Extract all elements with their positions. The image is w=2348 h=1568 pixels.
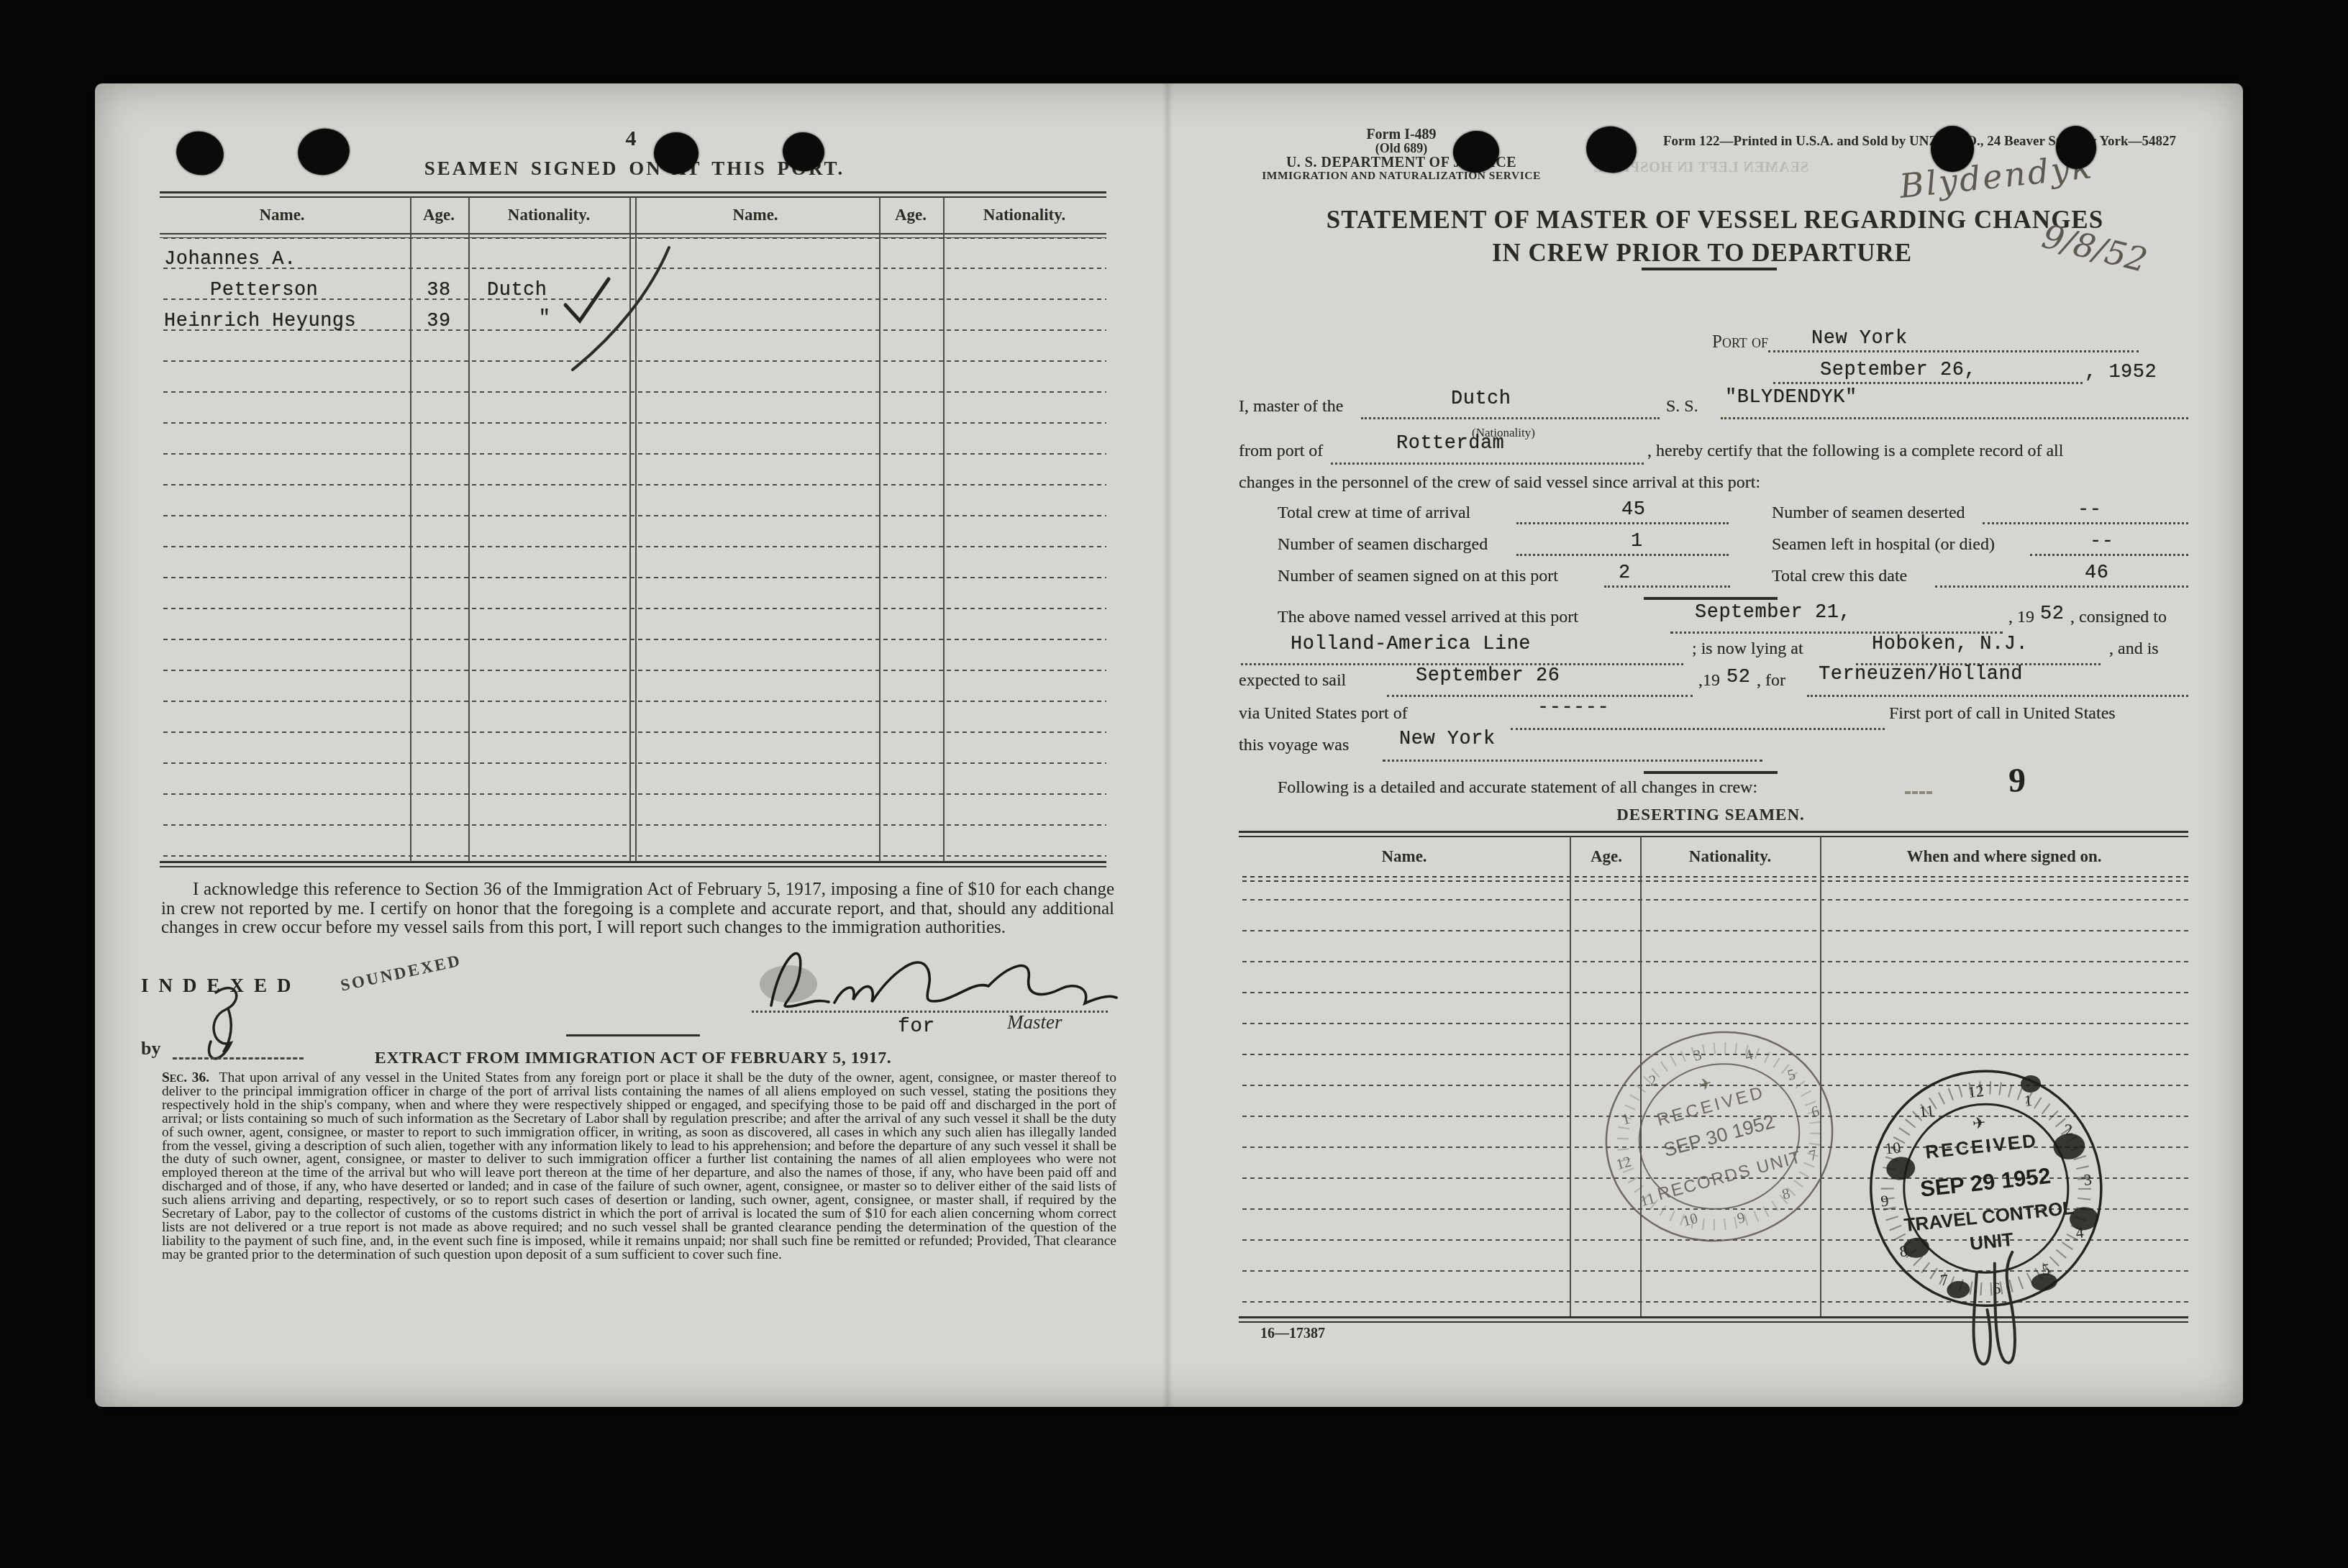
nationality-line [1361,417,1660,419]
for-label: for [898,1016,935,1038]
signature-stroke [771,954,1116,1007]
stat-total-date-label: Total crew this date [1772,567,1907,586]
ring-number: 2 [2064,1120,2074,1139]
pencil-dash-marks [1905,791,1932,794]
sail-destination: Terneuzen/Holland [1819,664,2023,685]
stat-signed-on-line [1604,585,1730,588]
port-of-line [1768,350,2139,352]
lying-label: ; is now lying at [1692,639,1803,659]
form-code: 16—17387 [1260,1326,1325,1342]
ring-number: 8 [1780,1185,1792,1203]
sail-date: September 26 [1416,665,1560,687]
arrived-prefix: The above named vessel arrived at this p… [1278,608,1578,627]
voyage-label: this voyage was [1239,736,1349,755]
left-table-col-line-3 [879,197,880,862]
stat-total-arrival-line [1516,522,1729,524]
ring-number: 3 [2083,1170,2093,1189]
stat-hospital-line [2030,554,2188,556]
page-fold [1162,83,1173,1407]
ring-number: 3 [1692,1046,1703,1065]
right-col-header-name: Name. [1381,847,1426,866]
section-36-text: That upon arrival of any vessel in the U… [162,1070,1116,1262]
stat-discharged-label: Number of seamen discharged [1278,535,1488,555]
ring-number: 7 [1939,1270,1949,1289]
following-text: Following is a detailed and accurate sta… [1278,778,1757,798]
sail-year-prefix: ,19 [1698,671,1720,690]
stat-signed-on-label: Number of seamen signed on at this port [1278,567,1558,586]
via-line [1511,728,1885,730]
handwritten-check-and-slash [554,237,683,374]
master-prefix: I, master of the [1239,397,1343,416]
vessel-value: "BLYDENDYK" [1725,387,1857,409]
via-value: ------ [1537,697,1609,719]
form-number-old: (Old 689) [1375,141,1428,156]
check-mark-icon [565,279,609,321]
sail-label: expected to sail [1239,671,1346,690]
certify-line2: changes in the personnel of the crew of … [1239,473,1760,493]
left-table-top-rule [160,191,1106,198]
statement-title-line2: IN CREW PRIOR TO DEPARTURE [1492,239,1912,268]
crew-row-nationality-ditto: " [539,308,551,329]
printer-note: Form 122—Printed in U.S.A. and Sold by U… [1663,134,2176,150]
left-col-header-age2: Age. [895,206,927,224]
vessel-line [1721,417,2188,419]
mid-divider-rule-1 [1644,597,1778,600]
handwritten-initials [183,971,270,1072]
punch-hole [1931,126,1974,172]
ring-number: 12 [1967,1082,1984,1101]
stat-signed-on-value: 2 [1619,562,1631,584]
lying-value: Hoboken, N.J. [1872,634,2028,655]
left-table-col-line-1 [410,197,411,862]
extract-title: EXTRACT FROM IMMIGRATION ACT OF FEBRUARY… [375,1049,892,1068]
left-page-title: SEAMEN SIGNED ON AT THIS PORT. [424,158,845,180]
right-col-header-age: Age. [1591,847,1622,866]
right-table-col-line-1 [1570,837,1571,1317]
arrived-year-prefix: , 19 [2008,608,2034,627]
document-scan: 4 SEAMEN SIGNED ON AT THIS PORT. Name. A… [0,0,2348,1568]
extract-body: Sec. 36. That upon arrival of any vessel… [162,1072,1116,1262]
ring-number: 6 [1809,1102,1821,1121]
arrived-suffix: , consigned to [2070,608,2167,627]
port-of-value: New York [1811,328,1908,350]
handwritten-initials-stroke [1965,1252,2024,1367]
ring-number: 4 [1743,1045,1755,1064]
travel-control-stamp: 12 1 2 3 4 5 6 7 8 9 10 11 ✈ RECEIVED SE… [1847,1047,2131,1387]
sail-for-label: , for [1757,671,1785,690]
left-table-col-line-2 [468,197,470,862]
arrived-year: 52 [2040,603,2064,625]
title-underline [1642,268,1777,270]
master-label: Master [1007,1011,1062,1034]
ring-number: 10 [1884,1138,1901,1157]
date-line [1773,382,2083,384]
stamp-unit-text-2: UNIT [1969,1229,2015,1254]
first-port-label: First port of call in United States [1889,704,2116,724]
airplane-icon: ✈ [1696,1074,1714,1095]
from-port-line [1331,462,1644,465]
page-number-text: 4 [626,127,637,151]
ss-label: S. S. [1666,397,1698,416]
left-table-col-line-4 [943,197,945,862]
right-col-header-nationality: Nationality. [1689,847,1771,866]
voyage-line [1383,760,1762,762]
left-col-header-nationality2: Nationality. [983,206,1065,224]
ring-number: 9 [1880,1192,1890,1211]
from-port-value: Rotterdam [1396,433,1504,455]
right-col-header-signed-on: When and where signed on. [1906,847,2101,866]
from-port-label: from port of [1239,442,1323,461]
stat-deserted-label: Number of seamen deserted [1772,503,1965,523]
statement-title-line1: STATEMENT OF MASTER OF VESSEL REGARDING … [1327,206,2103,234]
nationality-value: Dutch [1451,388,1511,410]
lying-suffix: , and is [2109,639,2159,659]
stat-deserted-value: -- [2078,499,2101,521]
stat-discharged-line [1516,554,1729,556]
crew-row-name-line1: Johannes A. [164,249,296,270]
crew-row-name-line2: Petterson [210,280,318,301]
airplane-icon: ✈ [1972,1113,1987,1133]
voyage-value: New York [1399,729,1496,750]
left-col-header-name2: Name. [732,206,778,224]
stat-total-date-value: 46 [2085,562,2108,584]
arrived-date: September 21, [1695,602,1851,624]
ring-number: 11 [1638,1190,1657,1210]
master-signature [719,915,1137,1023]
stat-hospital-label: Seamen left in hospital (or died) [1772,535,1995,555]
section-36-label: Sec. 36. [162,1070,209,1085]
right-table-top-rule [1239,831,2188,837]
ring-number: 10 [1680,1209,1699,1230]
left-col-header-name1: Name. [259,206,304,224]
ring-number: 5 [2041,1260,2051,1279]
certify-suffix: , hereby certify that the following is a… [1647,442,2063,461]
mid-divider-rule-2 [1644,771,1778,774]
service-name: IMMIGRATION AND NATURALIZATION SERVICE [1262,170,1540,183]
initials-stroke [209,988,236,1059]
section-divider-rule [566,1034,700,1036]
sail-destination-line [1807,695,2188,697]
stat-deserted-line [1983,522,2188,524]
stat-discharged-value: 1 [1631,531,1643,552]
crew-row-name-2: Heinrich Heyungs [164,311,356,332]
left-col-header-nationality1: Nationality. [508,206,590,224]
by-label: by [141,1038,160,1059]
date-value: September 26, [1820,360,1976,381]
stat-total-arrival-label: Total crew at time of arrival [1278,503,1470,523]
deserting-seamen-title: DESERTING SEAMEN. [1616,806,1805,824]
by-line [173,1057,304,1059]
stat-total-arrival-value: 45 [1621,499,1645,521]
stamp-received-text: RECEIVED [1924,1129,2039,1162]
consignee-value: Holland-America Line [1291,634,1531,655]
sail-year: 52 [1726,667,1750,688]
port-of-label: Port of [1712,332,1768,352]
left-table-bottom-rule [160,861,1106,867]
punch-hole [654,132,699,174]
page-ref-number: 9 [2008,761,2026,801]
crew-row-nationality-1: Dutch [487,280,547,301]
stamp-date-text: SEP 29 1952 [1919,1163,2052,1202]
ring-number: 11 [1918,1101,1935,1121]
crew-row-age-1: 38 [427,280,450,301]
stat-total-date-line [1935,585,2188,588]
bleed-through-text: SEAMEN LEFT IN HOSPITAL [1541,160,1808,176]
stat-hospital-value: -- [2090,531,2113,552]
date-year: , 1952 [2085,362,2157,383]
crew-row-age-2: 39 [427,311,450,332]
left-col-header-age1: Age. [423,206,455,224]
via-label: via United States port of [1239,704,1408,724]
